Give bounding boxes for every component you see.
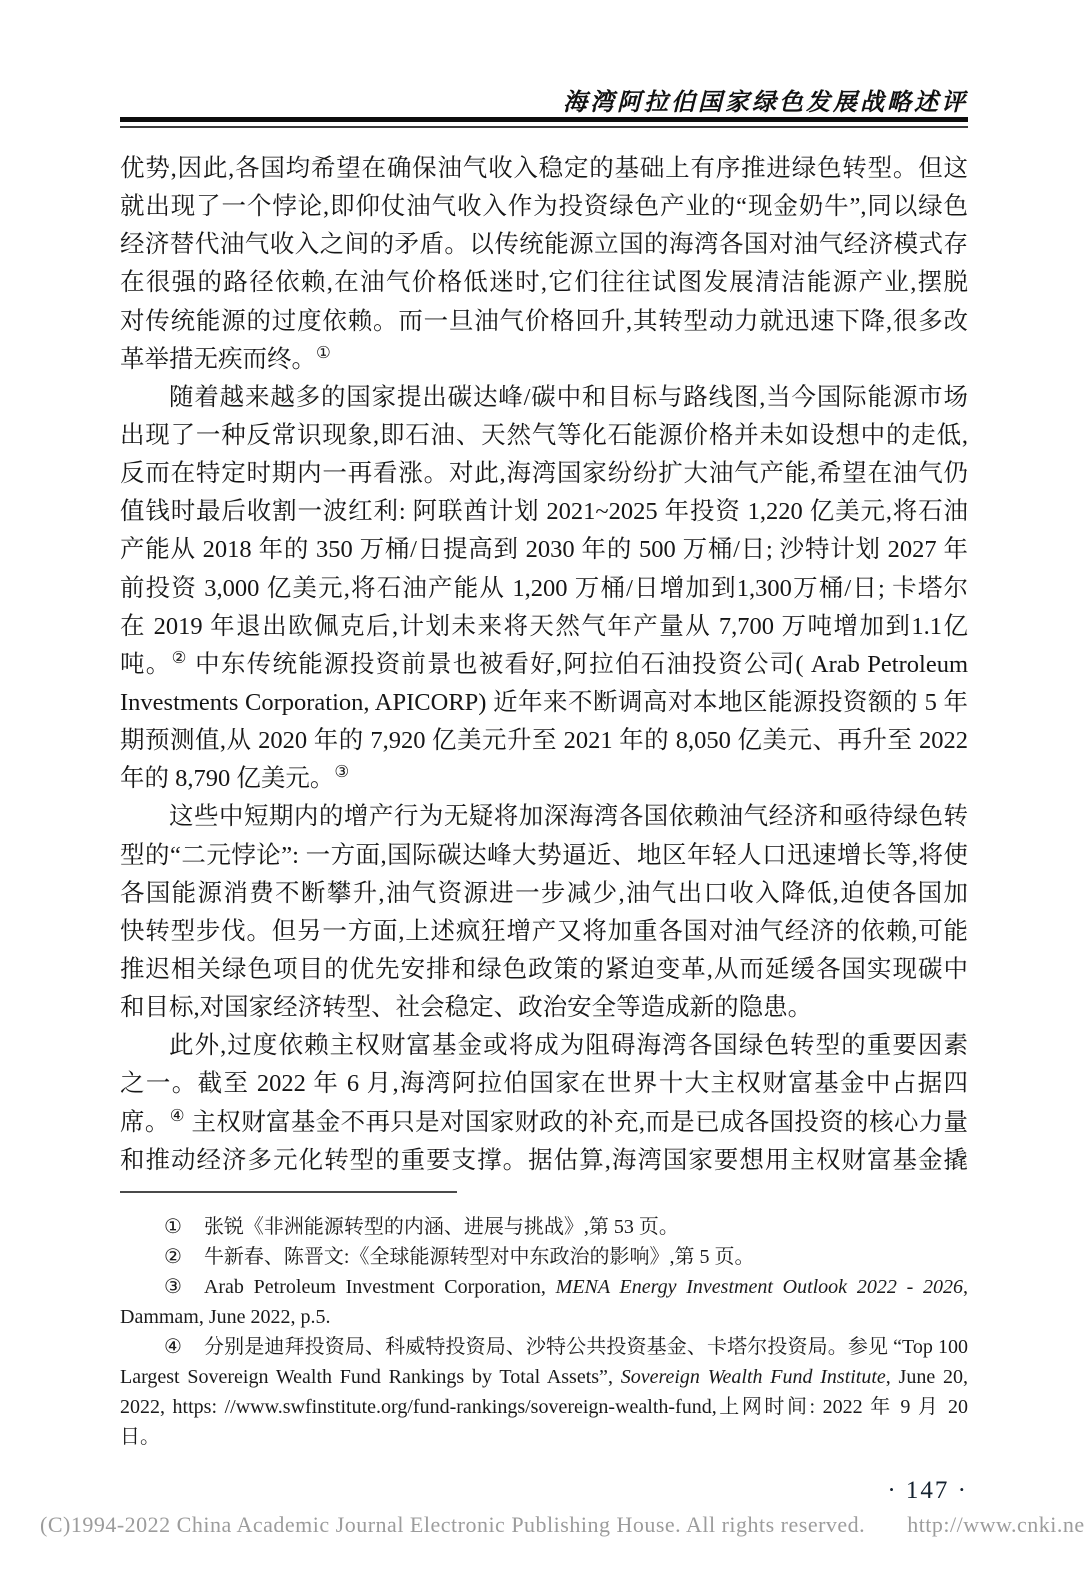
- body-line-p4-l4: 和推动经济多元化转型的重要支撑。据估算,海湾国家要想用主权财富基金撬: [120, 1142, 968, 1180]
- body-line-p2-l2: 出现了一种反常识现象,即石油、天然气等化石能源价格并未如设想中的走低,: [120, 417, 968, 455]
- footnotes-section: ①张锐《非洲能源转型的内涵、进展与挑战》,第 53 页。②牛新春、陈晋文:《全球…: [120, 1212, 968, 1452]
- footnote-text: ,: [963, 1276, 968, 1298]
- footnote-ref: ①: [316, 343, 331, 362]
- body-line-p3-l2: 型的“二元悖论”: 一方面,国际碳达峰大势逼近、地区年轻人口迅速增长等,将使: [120, 837, 968, 875]
- body-line-p3-l1: 这些中短期内的增产行为无疑将加深海湾各国依赖油气经济和亟待绿色转: [120, 798, 968, 836]
- article-body: 优势,因此,各国均希望在确保油气收入稳定的基础上有序推进绿色转型。但这就出现了一…: [120, 150, 968, 1180]
- footnote-3-line-2: Dammam, June 2022, p.5.: [120, 1302, 968, 1332]
- header-rule-thin: [120, 126, 968, 128]
- body-line-p3-l3: 各国能源消费不断攀升,油气资源进一步减少,油气出口收入降低,迫使各国加: [120, 875, 968, 913]
- body-line-p4-l1: 此外,过度依赖主权财富基金或将成为阻碍海湾各国绿色转型的重要因素: [120, 1027, 968, 1065]
- body-line-p1-l3: 经济替代油气收入之间的矛盾。以传统能源立国的海湾各国对油气经济模式存: [120, 226, 968, 264]
- footnote-text: 日。: [120, 1426, 160, 1448]
- footnote-3-line-1: ③Arab Petroleum Investment Corporation, …: [120, 1272, 968, 1302]
- body-line-p2-l11: 年的 8,790 亿美元。③: [120, 760, 968, 798]
- copyright-watermark: (C)1994-2022 China Academic Journal Elec…: [40, 1512, 1090, 1538]
- footnote-marker: ①: [164, 1212, 182, 1242]
- body-line-p4-l3: 席。④ 主权财富基金不再只是对国家财政的补充,而是已成各国投资的核心力量: [120, 1104, 968, 1142]
- footnote-text: Largest Sovereign Wealth Fund Rankings b…: [120, 1366, 621, 1388]
- body-line-p3-l4: 快转型步伐。但另一方面,上述疯狂增产又将加重各国对油气经济的依赖,可能: [120, 913, 968, 951]
- footnote-2-line-1: ②牛新春、陈晋文:《全球能源转型对中东政治的影响》,第 5 页。: [120, 1242, 968, 1272]
- body-line-p2-l9: Investments Corporation, APICORP) 近年来不断调…: [120, 684, 968, 722]
- footnote-marker: ③: [164, 1272, 182, 1302]
- footer-url: http://www.cnki.ne: [907, 1512, 1084, 1537]
- footnote-1-line-1: ①张锐《非洲能源转型的内涵、进展与挑战》,第 53 页。: [120, 1212, 968, 1242]
- body-line-p2-l6: 前投资 3,000 亿美元,将石油产能从 1,200 万桶/日增加到1,300万…: [120, 570, 968, 608]
- body-line-p3-l6: 和目标,对国家经济转型、社会稳定、政治安全等造成新的隐患。: [120, 989, 968, 1027]
- body-line-p2-l1: 随着越来越多的国家提出碳达峰/碳中和目标与路线图,当今国际能源市场: [120, 379, 968, 417]
- running-title: 海湾阿拉伯国家绿色发展战略述评: [120, 82, 968, 116]
- body-line-p2-l7: 在 2019 年退出欧佩克后,计划未来将天然气年产量从 7,700 万吨增加到1…: [120, 608, 968, 646]
- body-line-p4-l2: 之一。截至 2022 年 6 月,海湾阿拉伯国家在世界十大主权财富基金中占据四: [120, 1065, 968, 1103]
- footnote-text: Dammam, June 2022, p.5.: [120, 1306, 331, 1328]
- header-rule-thick: [120, 117, 968, 122]
- footnote-text: , June 20,: [886, 1366, 968, 1388]
- footnote-marker: ②: [164, 1242, 182, 1272]
- body-line-p3-l5: 推迟相关绿色项目的优先安排和绿色政策的紧迫变革,从而延缓各国实现碳中: [120, 951, 968, 989]
- body-line-p1-l4: 在很强的路径依赖,在油气价格低迷时,它们往往试图发展清洁能源产业,摆脱: [120, 264, 968, 302]
- footnote-text: 张锐《非洲能源转型的内涵、进展与挑战》,第 53 页。: [204, 1216, 679, 1238]
- body-line-p2-l3: 反而在特定时期内一再看涨。对此,海湾国家纷纷扩大油气产能,希望在油气仍: [120, 455, 968, 493]
- body-line-p1-l2: 就出现了一个悖论,即仰仗油气收入作为投资绿色产业的“现金奶牛”,同以绿色: [120, 188, 968, 226]
- italic-book-title: MENA Energy Investment Outlook 2022 - 20…: [556, 1276, 963, 1298]
- body-line-p2-l5: 产能从 2018 年的 350 万桶/日提高到 2030 年的 500 万桶/日…: [120, 531, 968, 569]
- footnote-text: Arab Petroleum Investment Corporation,: [204, 1276, 556, 1298]
- body-line-p2-l10: 期预测值,从 2020 年的 7,920 亿美元升至 2021 年的 8,050…: [120, 722, 968, 760]
- footnote-marker: ④: [164, 1332, 182, 1362]
- footnote-4-line-3: 2022, https: //www.swfinstitute.org/fund…: [120, 1392, 968, 1422]
- body-line-p2-l4: 值钱时最后收割一波红利: 阿联酋计划 2021~2025 年投资 1,220 亿…: [120, 493, 968, 531]
- footnote-text: 2022, https: //www.swfinstitute.org/fund…: [120, 1396, 968, 1418]
- footnote-4-line-1: ④分别是迪拜投资局、科威特投资局、沙特公共投资基金、卡塔尔投资局。参见 “Top…: [120, 1332, 968, 1362]
- body-line-p1-l1: 优势,因此,各国均希望在确保油气收入稳定的基础上有序推进绿色转型。但这: [120, 150, 968, 188]
- copyright-text: (C)1994-2022 China Academic Journal Elec…: [40, 1512, 865, 1537]
- footnote-text: 牛新春、陈晋文:《全球能源转型对中东政治的影响》,第 5 页。: [204, 1246, 755, 1268]
- body-line-p2-l8: 吨。② 中东传统能源投资前景也被看好,阿拉伯石油投资公司( Arab Petro…: [120, 646, 968, 684]
- page-number: · 147 ·: [120, 1477, 968, 1505]
- footnote-ref: ③: [334, 762, 349, 781]
- footnote-4-line-4: 日。: [120, 1422, 968, 1452]
- footnote-4-line-2: Largest Sovereign Wealth Fund Rankings b…: [120, 1362, 968, 1392]
- body-line-p1-l5: 对传统能源的过度依赖。而一旦油气价格回升,其转型动力就迅速下降,很多改: [120, 303, 968, 341]
- footnote-ref: ④: [170, 1105, 185, 1124]
- body-line-p1-l6: 革举措无疾而终。①: [120, 341, 968, 379]
- footnote-text: 分别是迪拜投资局、科威特投资局、沙特公共投资基金、卡塔尔投资局。参见 “Top …: [204, 1336, 968, 1358]
- footnote-separator: [120, 1191, 457, 1193]
- italic-book-title: Sovereign Wealth Fund Institute: [621, 1366, 886, 1388]
- footnote-ref: ②: [172, 648, 188, 667]
- journal-page: 海湾阿拉伯国家绿色发展战略述评 优势,因此,各国均希望在确保油气收入稳定的基础上…: [0, 0, 1090, 1575]
